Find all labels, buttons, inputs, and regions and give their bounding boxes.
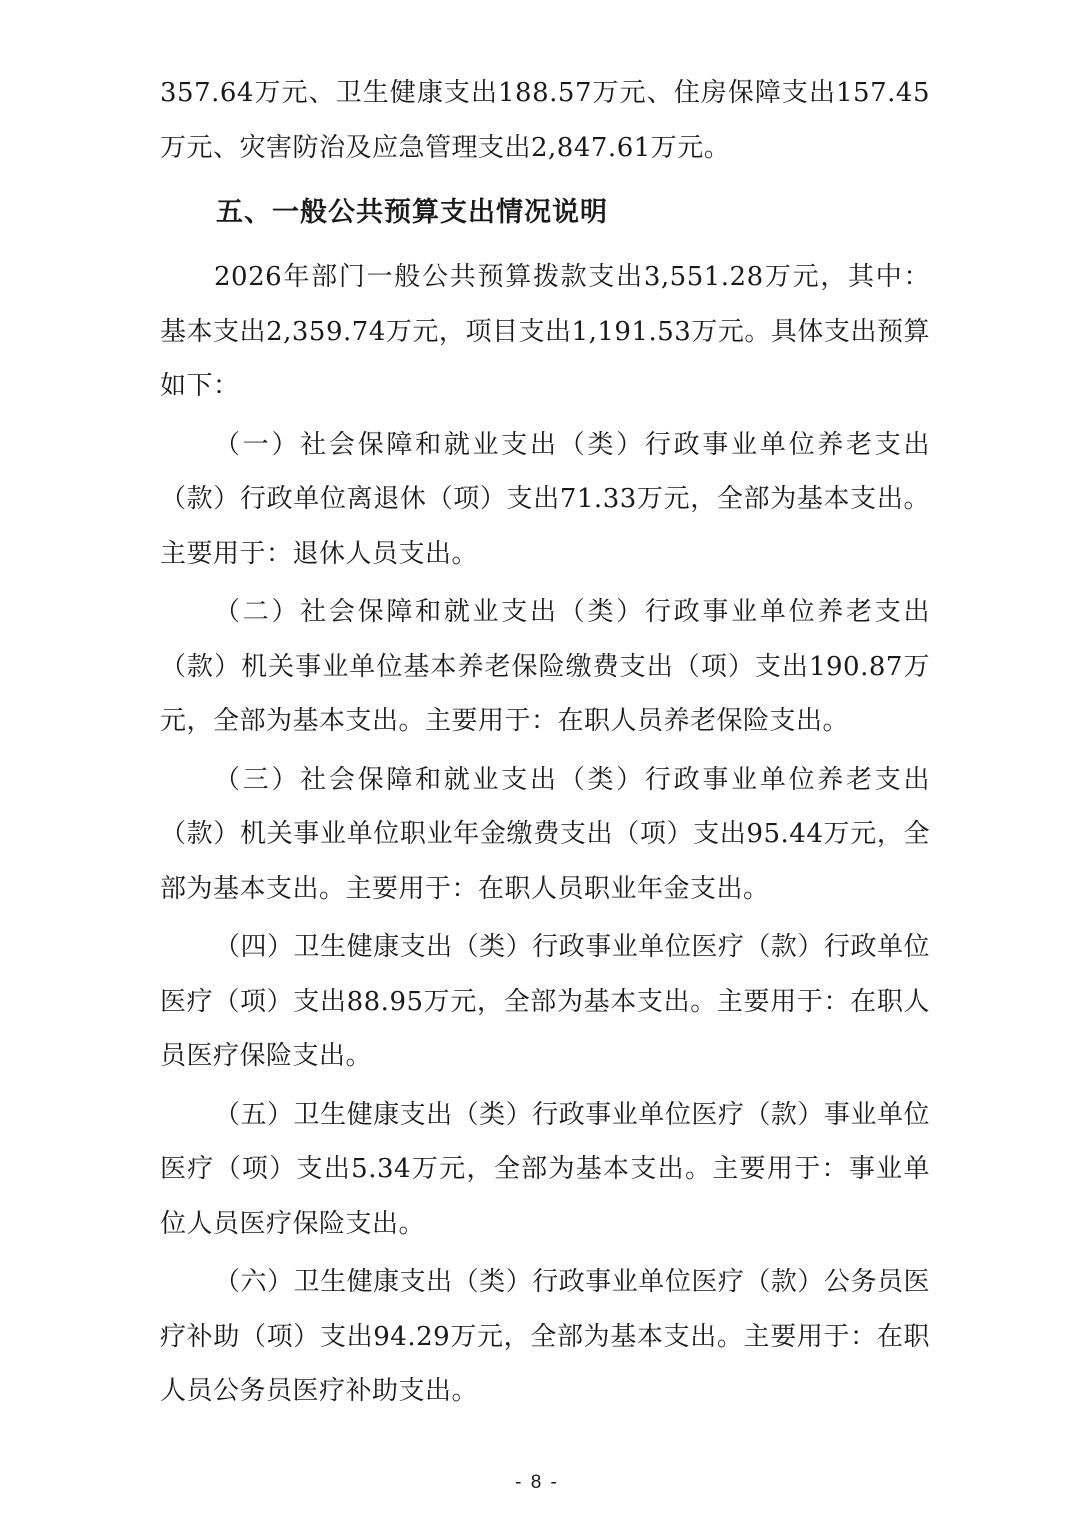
spacer xyxy=(160,240,930,250)
expenditure-item-5: （五）卫生健康支出（类）行政事业单位医疗（款）事业单位医疗（项）支出5.34万元… xyxy=(160,1088,930,1252)
spacer xyxy=(160,175,930,186)
intro-paragraph: 2026年部门一般公共预算拨款支出3,551.28万元，其中：基本支出2,359… xyxy=(160,250,930,414)
expenditure-item-2: （二）社会保障和就业支出（类）行政事业单位养老支出（款）机关事业单位基本养老保险… xyxy=(160,585,930,749)
expenditure-item-1: （一）社会保障和就业支出（类）行政事业单位养老支出（款）行政单位离退休（项）支出… xyxy=(160,418,930,582)
expenditure-item-4: （四）卫生健康支出（类）行政事业单位医疗（款）行政单位医疗（项）支出88.95万… xyxy=(160,920,930,1084)
document-page: 357.64万元、卫生健康支出188.57万元、住房保障支出157.45万元、灾… xyxy=(160,66,930,1419)
expenditure-item-3: （三）社会保障和就业支出（类）行政事业单位养老支出（款）机关事业单位职业年金缴费… xyxy=(160,753,930,917)
continuation-paragraph: 357.64万元、卫生健康支出188.57万元、住房保障支出157.45万元、灾… xyxy=(160,66,930,175)
expenditure-item-6: （六）卫生健康支出（类）行政事业单位医疗（款）公务员医疗补助（项）支出94.29… xyxy=(160,1255,930,1419)
page-number: - 8 - xyxy=(0,1472,1074,1494)
section-heading: 五、一般公共预算支出情况说明 xyxy=(160,186,930,240)
